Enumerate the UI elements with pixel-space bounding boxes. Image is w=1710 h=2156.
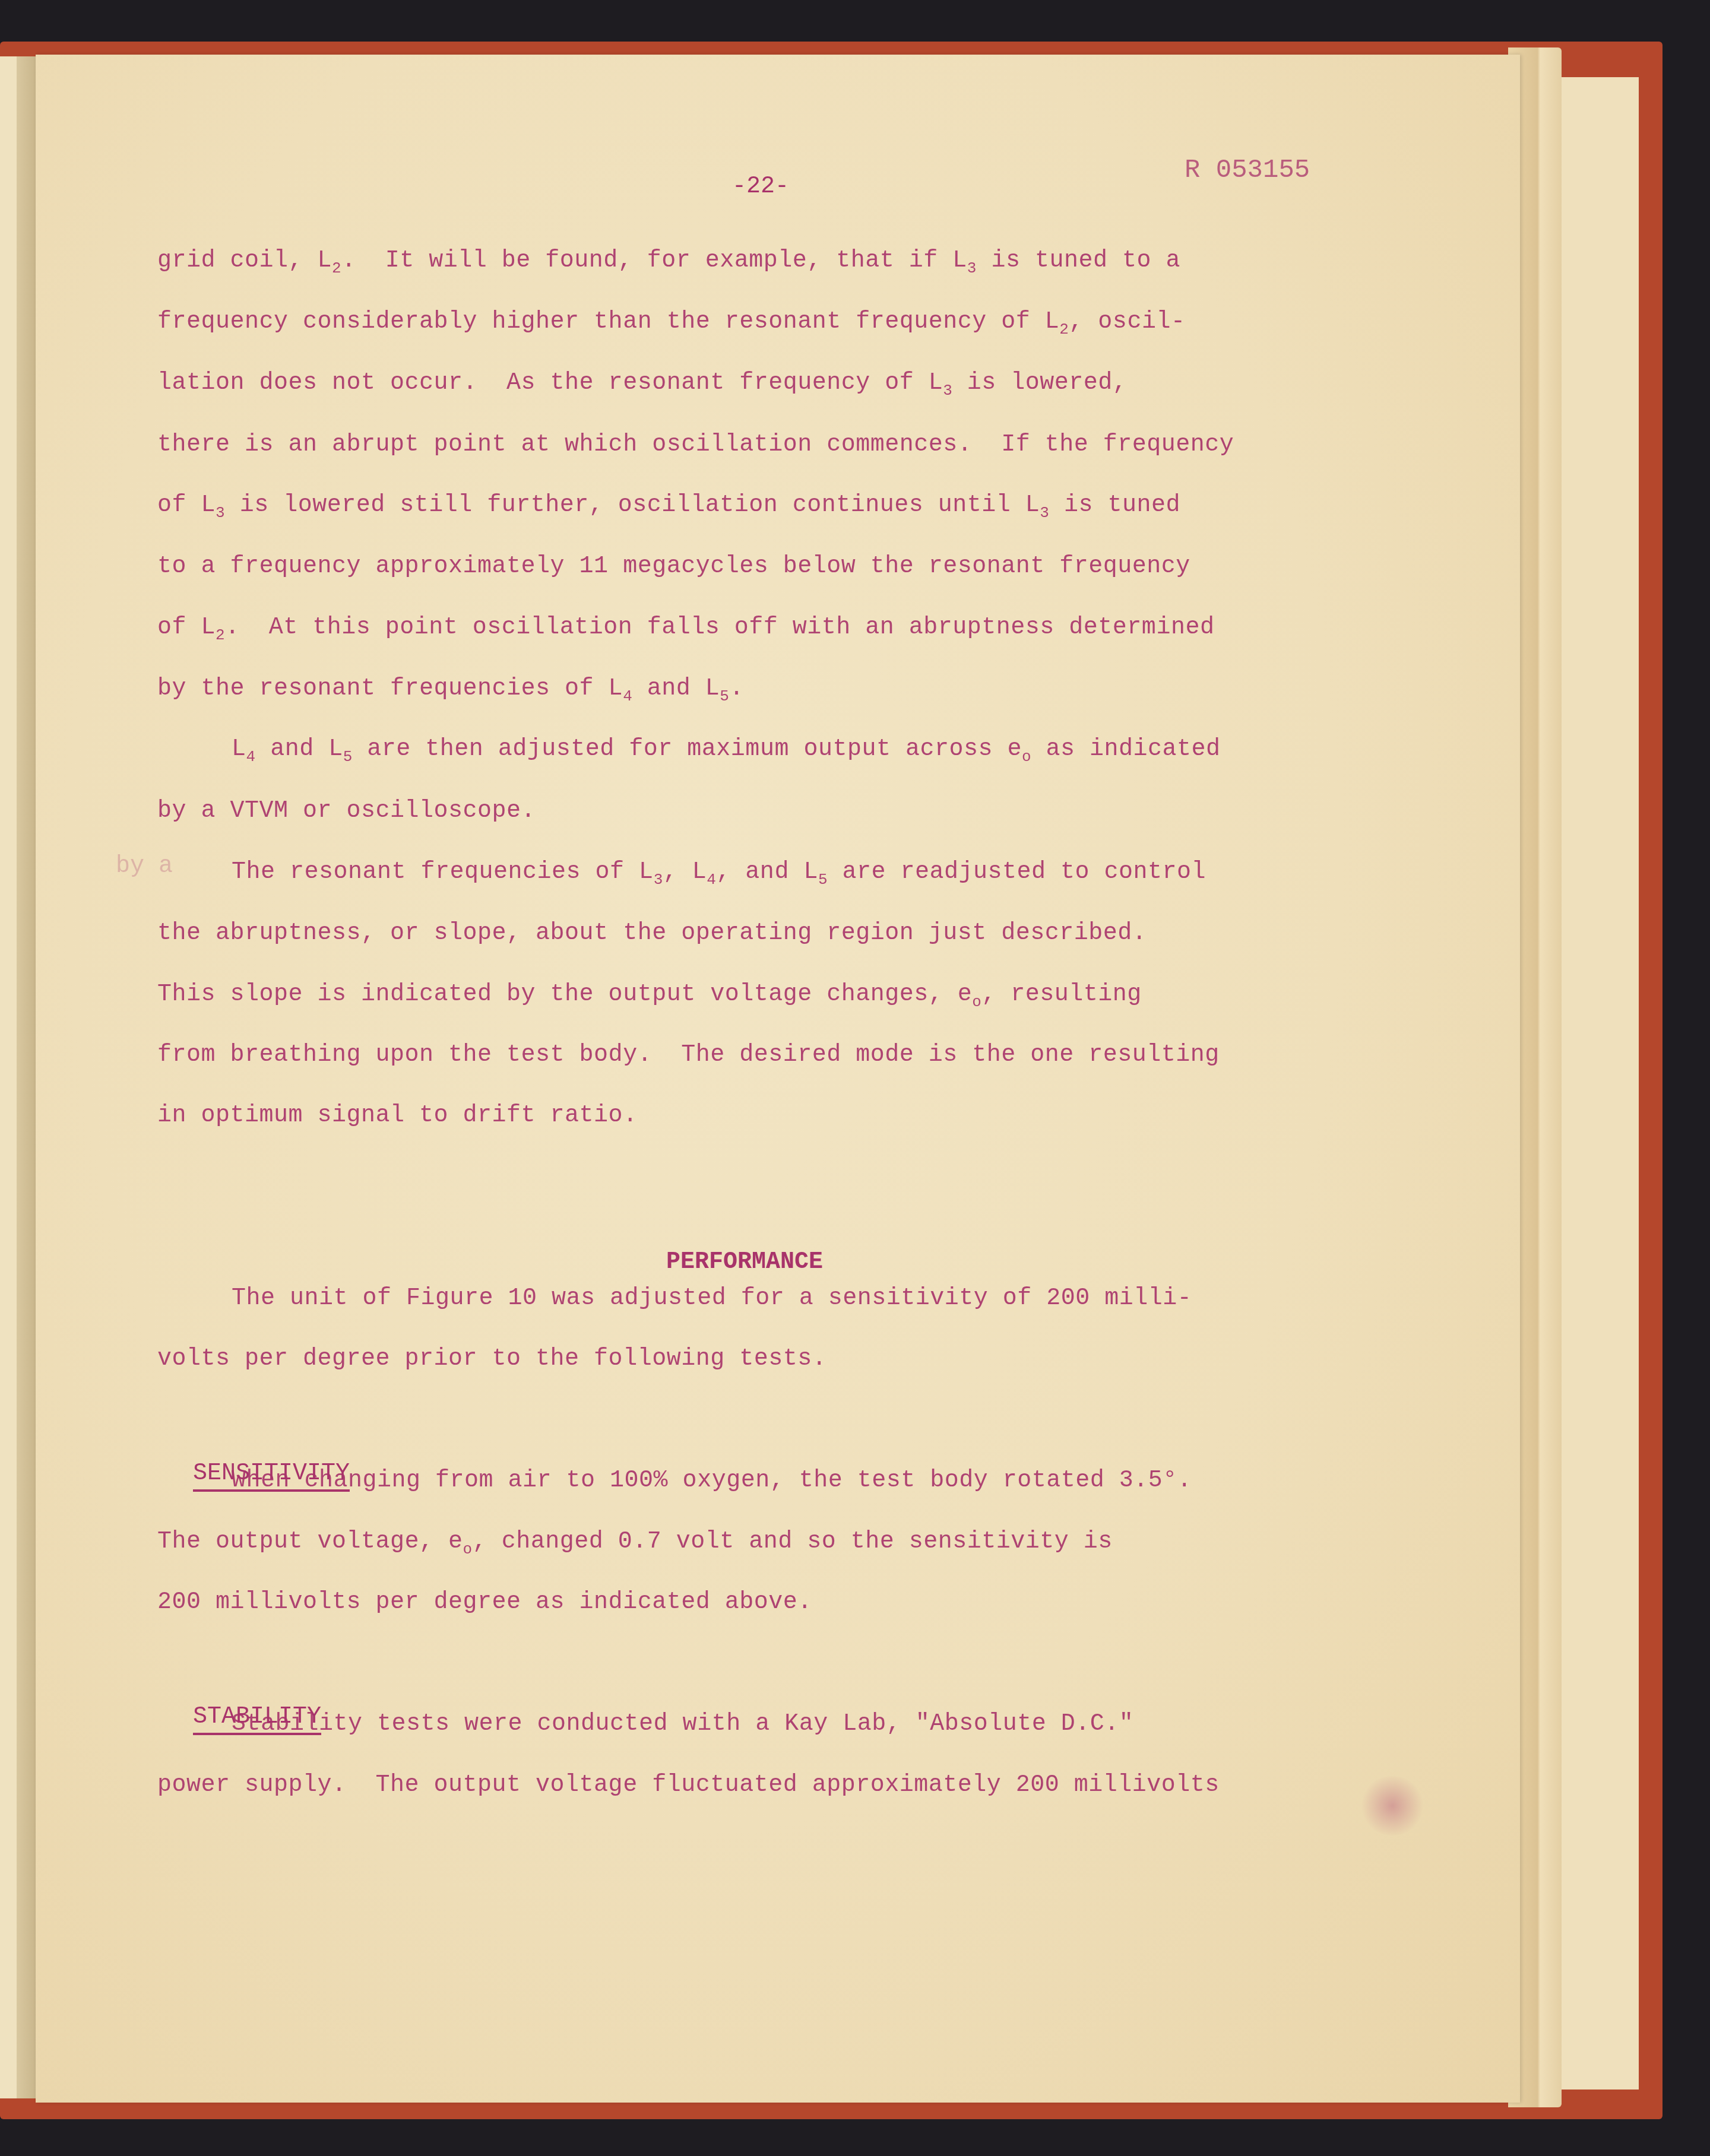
text-line: in optimum signal to drift ratio. <box>157 1102 638 1130</box>
text-line: The resonant frequencies of L3, L4, and … <box>232 858 1206 887</box>
text-line: This slope is indicated by the output vo… <box>157 981 1142 1009</box>
text-line: frequency considerably higher than the r… <box>157 308 1185 337</box>
text-line: grid coil, L2. It will be found, for exa… <box>157 247 1180 275</box>
offset-ghost-text: by a <box>116 853 173 880</box>
text-line: the abruptness, or slope, about the oper… <box>157 920 1147 948</box>
text-line: power supply. The output voltage fluctua… <box>157 1771 1220 1800</box>
text-line: When changing from air to 100% oxygen, t… <box>232 1467 1192 1495</box>
section-heading-performance: PERFORMANCE <box>666 1249 823 1276</box>
document-id-stamp: R 053155 <box>1185 156 1310 185</box>
text-line: The output voltage, eo, changed 0.7 volt… <box>157 1528 1113 1556</box>
page-number: -22- <box>732 173 789 200</box>
text-line: of L3 is lowered still further, oscillat… <box>157 492 1180 520</box>
facing-page-edge <box>0 56 17 2098</box>
text-line: lation does not occur. As the resonant f… <box>157 369 1127 398</box>
text-line: there is an abrupt point at which oscill… <box>157 431 1234 459</box>
ink-smudge <box>1360 1776 1425 1835</box>
text-line: L4 and L5 are then adjusted for maximum … <box>232 735 1221 764</box>
book-gutter <box>17 56 36 2098</box>
text-line: Stability tests were conducted with a Ka… <box>232 1710 1133 1739</box>
text-line: by the resonant frequencies of L4 and L5… <box>157 675 744 703</box>
text-line: from breathing upon the test body. The d… <box>157 1041 1220 1070</box>
text-line: The unit of Figure 10 was adjusted for a… <box>232 1285 1192 1313</box>
text-line: of L2. At this point oscillation falls o… <box>157 614 1214 642</box>
text-line: by a VTVM or oscilloscope. <box>157 797 536 826</box>
text-line: to a frequency approximately 11 megacycl… <box>157 553 1190 581</box>
document-page: -22- R 053155 grid coil, L2. It will be … <box>36 55 1520 2103</box>
text-line: 200 millivolts per degree as indicated a… <box>157 1589 812 1617</box>
text-line: volts per degree prior to the following … <box>157 1345 826 1374</box>
